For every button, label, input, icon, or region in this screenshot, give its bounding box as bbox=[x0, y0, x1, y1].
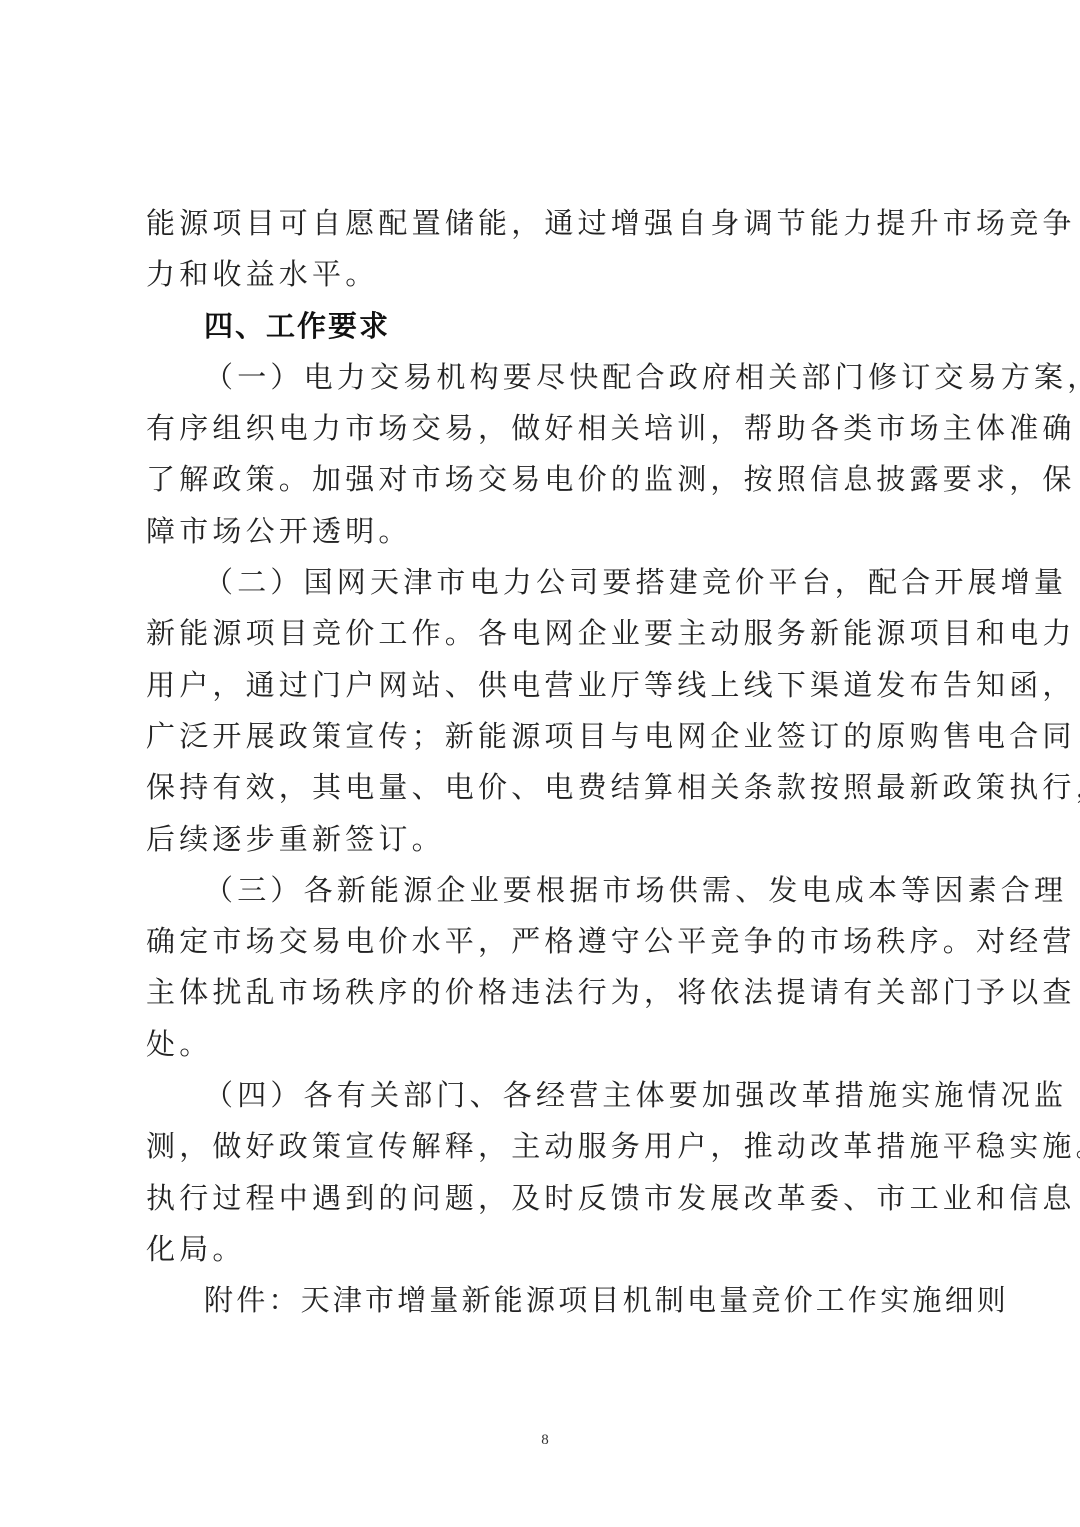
text-line: （一）电力交易机构要尽快配合政府相关部门修订交易方案， bbox=[146, 352, 946, 403]
text-line: （三）各新能源企业要根据市场供需、发电成本等因素合理 bbox=[146, 865, 946, 916]
document-page: 能源项目可自愿配置储能，通过增强自身调节能力提升市场竞争 力和收益水平。 四、工… bbox=[146, 198, 946, 1327]
text-line: 广泛开展政策宣传；新能源项目与电网企业签订的原购售电合同 bbox=[146, 711, 946, 762]
continuation-paragraph: 能源项目可自愿配置储能，通过增强自身调节能力提升市场竞争 力和收益水平。 bbox=[146, 198, 946, 301]
text-line: 保持有效，其电量、电价、电费结算相关条款按照最新政策执行， bbox=[146, 762, 946, 813]
text-line: （二）国网天津市电力公司要搭建竞价平台，配合开展增量 bbox=[146, 557, 946, 608]
text-line: 测，做好政策宣传解释，主动服务用户，推动改革措施平稳实施。 bbox=[146, 1121, 946, 1172]
paragraph-1: （一）电力交易机构要尽快配合政府相关部门修订交易方案， 有序组织电力市场交易，做… bbox=[146, 352, 946, 557]
attachment-line: 附件：天津市增量新能源项目机制电量竞价工作实施细则 bbox=[146, 1275, 946, 1326]
text-line: 后续逐步重新签订。 bbox=[146, 814, 946, 865]
text-line: 化局。 bbox=[146, 1224, 946, 1275]
text-line: 了解政策。加强对市场交易电价的监测，按照信息披露要求，保 bbox=[146, 454, 946, 505]
text-line: 障市场公开透明。 bbox=[146, 506, 946, 557]
paragraph-4: （四）各有关部门、各经营主体要加强改革措施实施情况监 测，做好政策宣传解释，主动… bbox=[146, 1070, 946, 1275]
text-line: 有序组织电力市场交易，做好相关培训，帮助各类市场主体准确 bbox=[146, 403, 946, 454]
text-line: 执行过程中遇到的问题，及时反馈市发展改革委、市工业和信息 bbox=[146, 1173, 946, 1224]
text-line: 主体扰乱市场秩序的价格违法行为，将依法提请有关部门予以查 bbox=[146, 967, 946, 1018]
text-line: 确定市场交易电价水平，严格遵守公平竞争的市场秩序。对经营 bbox=[146, 916, 946, 967]
text-line: 新能源项目竞价工作。各电网企业要主动服务新能源项目和电力 bbox=[146, 608, 946, 659]
paragraph-2: （二）国网天津市电力公司要搭建竞价平台，配合开展增量 新能源项目竞价工作。各电网… bbox=[146, 557, 946, 865]
text-line: 力和收益水平。 bbox=[146, 249, 946, 300]
paragraph-3: （三）各新能源企业要根据市场供需、发电成本等因素合理 确定市场交易电价水平，严格… bbox=[146, 865, 946, 1070]
text-line: 用户，通过门户网站、供电营业厅等线上线下渠道发布告知函， bbox=[146, 660, 946, 711]
page-number: 8 bbox=[0, 1432, 1080, 1449]
text-line: 处。 bbox=[146, 1019, 946, 1070]
text-line: 能源项目可自愿配置储能，通过增强自身调节能力提升市场竞争 bbox=[146, 198, 946, 249]
section-heading: 四、工作要求 bbox=[146, 301, 946, 352]
text-line: （四）各有关部门、各经营主体要加强改革措施实施情况监 bbox=[146, 1070, 946, 1121]
